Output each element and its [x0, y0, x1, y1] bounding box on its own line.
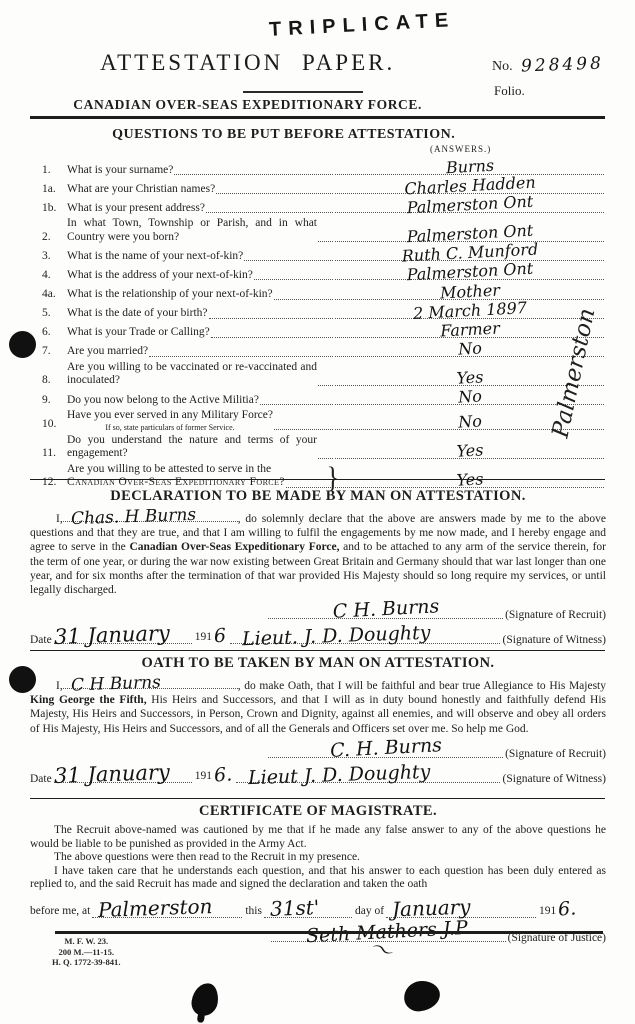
question-number: 4a. — [42, 288, 67, 302]
oath-text-1: , do make Oath, that I will be faithful … — [238, 680, 606, 692]
form-number-line2: 200 M.—11-15. — [52, 947, 121, 958]
section-rule — [30, 798, 605, 800]
dotted-leader — [244, 260, 333, 261]
question-textwrap: What is the address of your next-of-kin? — [67, 269, 253, 283]
dotted-leader — [174, 174, 333, 175]
question-row: 7. Are you married? No — [42, 342, 604, 359]
recruit-signature-line: C. H. Burns — [268, 740, 503, 758]
punch-hole-top — [9, 331, 36, 358]
question-main: Are you married? — [67, 345, 335, 359]
dotted-leader — [260, 404, 333, 405]
dotted-leader — [274, 429, 333, 430]
triplicate-stamp: TRIPLICATE — [0, 14, 635, 37]
day-written: 31st' — [270, 895, 320, 921]
question-main: Do you now belong to the Active Militia? — [67, 394, 335, 408]
question-row: 9. Do you now belong to the Active Milit… — [42, 390, 604, 407]
question-main: What is your surname? — [67, 164, 335, 178]
recruit-signature-line: C H. Burns — [268, 601, 503, 619]
question-textwrap: What is your surname? — [67, 164, 173, 178]
oath-name-written: C H Burns — [70, 675, 160, 692]
questions-list: 1. What is your surname? Burns 1a. What … — [42, 160, 604, 490]
bottom-rule — [55, 931, 603, 934]
question-note: If so, state particulars of former Servi… — [67, 423, 273, 432]
witness-signature-line: Lieut. J. D. Doughty — [230, 626, 499, 644]
question-row: 6. What is your Trade or Calling? Farmer — [42, 323, 604, 340]
question-text: Are you willing to be vaccinated or re-v… — [67, 361, 317, 387]
question-text: What is the address of your next-of-kin? — [67, 269, 253, 281]
question-textwrap: Are you willing to be vaccinated or re-v… — [67, 361, 317, 388]
declaration-name-written: Chas. H Burns — [71, 508, 197, 527]
day-of-label: day of — [355, 905, 384, 918]
before-me-row: before me, at Palmerston this 31st' day … — [30, 892, 606, 920]
question-number: 3. — [42, 250, 67, 264]
oath-body: I,C H Burns, do make Oath, that I will b… — [30, 676, 606, 736]
answer-text: Farmer — [439, 318, 499, 340]
question-number: 11. — [42, 447, 67, 461]
answer-line: Farmer — [335, 323, 604, 338]
form-number-footer: M. F. W. 23. 200 M.—11-15. H. Q. 1772-39… — [52, 936, 121, 968]
recruit-signature-row: C. H. Burns (Signature of Recruit) — [30, 736, 606, 761]
question-text: Do you understand the nature and terms o… — [67, 434, 317, 460]
question-textwrap: In what Town, Township or Parish, and in… — [67, 217, 317, 244]
dotted-leader — [211, 337, 333, 338]
question-number: 2. — [42, 231, 67, 245]
question-row: 8. Are you willing to be vaccinated or r… — [42, 361, 604, 388]
year-printed: 191 — [195, 770, 212, 783]
question-main: Have you ever served in any Military For… — [67, 409, 335, 432]
witness-signature: Lieut J. D. Doughty — [248, 761, 431, 789]
question-number: 1a. — [42, 183, 67, 197]
dotted-leader — [149, 356, 333, 357]
place-written: Palmerston — [98, 894, 213, 922]
date-written: 31 January — [53, 621, 170, 649]
dotted-leader — [206, 212, 333, 213]
question-main: What is your Trade or Calling? — [67, 326, 335, 340]
answer-text: No — [457, 386, 482, 406]
form-number-line3: H. Q. 1772-39-841. — [52, 957, 121, 968]
place-line: Palmerston — [92, 900, 242, 918]
questions-section: QUESTIONS TO BE PUT BEFORE ATTESTATION. … — [42, 127, 604, 492]
question-text: What is your Trade or Calling? — [67, 326, 210, 338]
declaration-name-slot: Chas. H Burns — [63, 509, 238, 522]
date-written: 31 January — [53, 760, 170, 788]
year-written: 6. — [213, 763, 233, 786]
question-row: 4. What is the address of your next-of-k… — [42, 265, 604, 282]
answer-line: Burns — [335, 160, 604, 175]
question-textwrap: What are your Christian names? — [67, 183, 215, 197]
question-row: 12. Are you willing to be attested to se… — [42, 463, 604, 490]
answer-text: No — [457, 338, 482, 358]
page-title: ATTESTATION PAPER. — [0, 50, 495, 76]
question-text: Have you ever served in any Military For… — [67, 409, 273, 421]
section-rule — [30, 116, 605, 119]
oath-intro-label: I, — [56, 680, 63, 692]
witness-signature-label: (Signature of Witness) — [503, 773, 606, 786]
question-text: What are your Christian names? — [67, 183, 215, 195]
question-textwrap: What is the relationship of your next-of… — [67, 288, 273, 302]
question-main: Are you willing to be vaccinated or re-v… — [67, 361, 335, 388]
question-row: 11. Do you understand the nature and ter… — [42, 434, 604, 461]
serial-number-label: No. — [492, 59, 513, 74]
date-label: Date — [30, 634, 52, 647]
recruit-signature: C H. Burns — [332, 595, 440, 623]
certificate-heading: CERTIFICATE OF MAGISTRATE. — [30, 803, 606, 820]
punch-hole-bottom — [9, 666, 36, 693]
this-label: this — [245, 905, 262, 918]
answer-line: Palmerston Ont — [335, 198, 604, 213]
question-textwrap: What is your Trade or Calling? — [67, 326, 210, 340]
dotted-leader — [318, 385, 333, 386]
declaration-intro-label: I, — [56, 513, 63, 525]
answer-text: Burns — [445, 156, 494, 177]
day-line: 31st' — [264, 900, 352, 918]
attestation-paper-page: TRIPLICATE ATTESTATION PAPER. No.928498 … — [0, 0, 635, 1024]
date-line: 31 January — [54, 626, 192, 644]
question-text: What is your present address? — [67, 202, 205, 214]
date-witness-row: Date 31 January 191 6. Lieut J. D. Dough… — [30, 761, 606, 786]
answer-text: No — [457, 411, 482, 431]
form-number-line1: M. F. W. 23. — [52, 936, 121, 947]
question-number: 4. — [42, 269, 67, 283]
question-textwrap: Are you married? — [67, 345, 148, 359]
question-row: 5. What is the date of your birth? 2 Mar… — [42, 304, 604, 321]
question-text: In what Town, Township or Parish, and in… — [67, 217, 317, 243]
certificate-paragraph-3: I have taken care that he understands ea… — [30, 865, 606, 892]
answer-line: Charles Hadden — [335, 179, 604, 194]
question-text: What is the date of your birth? — [67, 307, 208, 319]
answer-text: Yes — [456, 440, 484, 460]
answer-line: Palmerston Ont — [335, 265, 604, 280]
question-number: 1b. — [42, 202, 67, 216]
question-text: Are you willing to be attested to serve … — [67, 463, 271, 475]
ink-blot-right — [403, 979, 442, 1013]
question-text: What is the name of your next-of-kin? — [67, 250, 243, 262]
question-number: 7. — [42, 345, 67, 359]
questions-heading: QUESTIONS TO BE PUT BEFORE ATTESTATION. — [42, 127, 525, 143]
witness-signature: Lieut. J. D. Doughty — [242, 622, 431, 651]
question-main: In what Town, Township or Parish, and in… — [67, 217, 335, 244]
recruit-signature-label: (Signature of Recruit) — [505, 609, 606, 622]
dotted-leader — [274, 299, 333, 300]
answer-line: Mother — [335, 285, 604, 300]
triplicate-stamp-text: TRIPLICATE — [269, 9, 456, 42]
declaration-bold-phrase: Canadian Over-Seas Expeditionary Force, — [129, 541, 339, 553]
certificate-section: CERTIFICATE OF MAGISTRATE. The Recruit a… — [30, 803, 606, 945]
recruit-signature-row: C H. Burns (Signature of Recruit) — [30, 597, 606, 622]
witness-signature-label: (Signature of Witness) — [503, 634, 606, 647]
question-main: What is the name of your next-of-kin? — [67, 250, 335, 264]
serial-number-value: 928498 — [520, 54, 604, 77]
oath-name-slot: C H Burns — [63, 676, 238, 689]
certificate-paragraph-1: The Recruit above-named was cautioned by… — [30, 824, 606, 851]
question-number: 6. — [42, 326, 67, 340]
oath-section: OATH TO BE TAKEN BY MAN ON ATTESTATION. … — [30, 655, 606, 786]
question-textwrap: Have you ever served in any Military For… — [67, 409, 273, 432]
question-textwrap: Are you willing to be attested to serve … — [67, 463, 285, 490]
date-line: 31 January — [54, 765, 192, 783]
answer-text: Yes — [456, 367, 484, 387]
question-main: Do you understand the nature and terms o… — [67, 434, 335, 461]
question-row: 10. Have you ever served in any Military… — [42, 409, 604, 432]
question-main: What is the address of your next-of-kin? — [67, 269, 335, 283]
question-text: Do you now belong to the Active Militia? — [67, 394, 259, 406]
question-textwrap: Do you now belong to the Active Militia? — [67, 394, 259, 408]
oath-bold-phrase: King George the Fifth, — [30, 694, 147, 706]
answer-text: Mother — [439, 280, 500, 302]
certificate-paragraph-2: The above questions were then read to th… — [30, 851, 606, 865]
dotted-leader — [209, 318, 333, 319]
serial-number-block: No.928498 — [492, 55, 604, 75]
question-number: 1. — [42, 164, 67, 178]
year-written: 6 — [213, 625, 227, 648]
answer-line: 2 March 1897 — [335, 304, 604, 319]
question-number: 9. — [42, 394, 67, 408]
question-main: What is the relationship of your next-of… — [67, 288, 335, 302]
dotted-leader — [318, 458, 333, 459]
question-number: 10. — [42, 418, 67, 432]
declaration-section: DECLARATION TO BE MADE BY MAN ON ATTESTA… — [30, 488, 606, 647]
month-line: January — [386, 900, 536, 918]
question-number: 8. — [42, 374, 67, 388]
question-main: What is the date of your birth? — [67, 307, 335, 321]
question-text: Are you married? — [67, 345, 148, 357]
date-label: Date — [30, 773, 52, 786]
question-row: 1b. What is your present address? Palmer… — [42, 198, 604, 215]
dotted-leader — [318, 241, 333, 242]
answer-line: Ruth C. Munford — [335, 246, 604, 261]
question-textwrap: What is your present address? — [67, 202, 205, 216]
declaration-heading: DECLARATION TO BE MADE BY MAN ON ATTESTA… — [30, 488, 606, 505]
date-witness-row: Date 31 January 191 6 Lieut. J. D. Dough… — [30, 622, 606, 647]
folio-label: Folio. — [494, 83, 525, 99]
question-text: What is the relationship of your next-of… — [67, 288, 273, 300]
year-written: 6. — [558, 897, 578, 920]
answers-column-label: (ANSWERS.) — [430, 144, 604, 154]
recruit-signature: C. H. Burns — [329, 734, 442, 762]
before-me-label: before me, at — [30, 905, 90, 918]
page-subtitle: CANADIAN OVER-SEAS EXPEDITIONARY FORCE. — [0, 97, 495, 113]
answer-line: Palmerston Ont — [335, 227, 604, 242]
question-number: 5. — [42, 307, 67, 321]
question-textwrap: Do you understand the nature and terms o… — [67, 434, 317, 461]
question-main: What are your Christian names? — [67, 183, 335, 197]
oath-heading: OATH TO BE TAKEN BY MAN ON ATTESTATION. — [30, 655, 606, 672]
ink-blot-left — [190, 981, 220, 1017]
question-main: Are you willing to be attested to serve … — [67, 463, 335, 490]
dotted-leader — [254, 279, 333, 280]
year-printed: 191 — [195, 631, 212, 644]
section-rule — [30, 479, 605, 481]
section-rule — [30, 650, 605, 652]
declaration-body: I,Chas. H Burns, do solemnly declare tha… — [30, 509, 606, 597]
dotted-leader — [216, 193, 333, 194]
title-divider — [243, 91, 363, 93]
recruit-signature-label: (Signature of Recruit) — [505, 748, 606, 761]
question-text: What is your surname? — [67, 164, 173, 176]
question-textwrap: What is the name of your next-of-kin? — [67, 250, 243, 264]
witness-signature-line: Lieut J. D. Doughty — [236, 765, 499, 783]
question-main: What is your present address? — [67, 202, 335, 216]
question-textwrap: What is the date of your birth? — [67, 307, 208, 321]
year-printed: 191 — [539, 905, 556, 918]
